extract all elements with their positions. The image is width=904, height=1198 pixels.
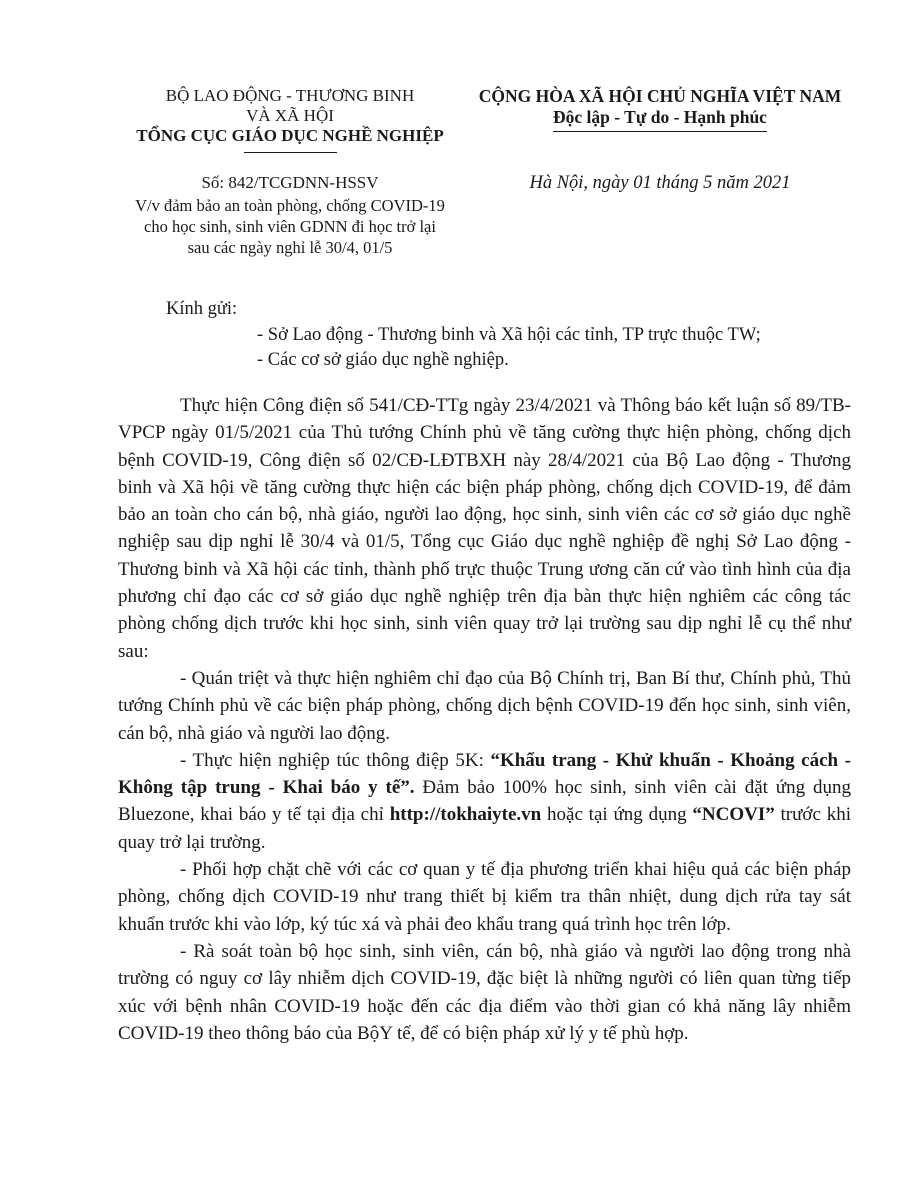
health-declaration-url[interactable]: http://tokhaiyte.vn: [390, 804, 542, 825]
item2-middle2: hoặc tại ứng dụng: [541, 804, 692, 825]
document-number: Số: 842/TCGDNN-HSSV: [100, 172, 480, 193]
ministry-name-line2: VÀ XÃ HỘI: [100, 106, 480, 126]
document-reference-block: Số: 842/TCGDNN-HSSV V/v đảm bảo an toàn …: [100, 172, 480, 258]
ncovi-app-name: “NCOVI”: [692, 804, 774, 825]
salutation: Kính gửi:: [166, 299, 237, 320]
subject-line: cho học sinh, sinh viên GDNN đi học trở …: [100, 216, 480, 237]
directive-item-3: - Phối hợp chặt chẽ với các cơ quan y tế…: [118, 856, 851, 938]
dateline: Hà Nội, ngày 01 tháng 5 năm 2021: [450, 173, 870, 194]
agency-underline: [244, 152, 337, 153]
item2-lead: - Thực hiện nghiệp túc thông điệp 5K:: [180, 750, 490, 771]
nation-title: CỘNG HÒA XÃ HỘI CHỦ NGHĨA VIỆT NAM: [450, 86, 870, 107]
subject-line: sau các ngày nghỉ lễ 30/4, 01/5: [100, 237, 480, 258]
recipient-item: - Các cơ sở giáo dục nghề nghiệp.: [257, 348, 761, 373]
issuing-agency-block: BỘ LAO ĐỘNG - THƯƠNG BINH VÀ XÃ HỘI TỔNG…: [100, 86, 480, 153]
directive-item-4: - Rà soát toàn bộ học sinh, sinh viên, c…: [118, 938, 851, 1047]
document-body: Thực hiện Công điện số 541/CĐ-TTg ngày 2…: [118, 392, 851, 1047]
national-title-block: CỘNG HÒA XÃ HỘI CHỦ NGHĨA VIỆT NAM Độc l…: [450, 86, 870, 132]
directive-item-1: - Quán triệt và thực hiện nghiêm chỉ đạo…: [118, 665, 851, 747]
directive-item-2: - Thực hiện nghiệp túc thông điệp 5K: “K…: [118, 747, 851, 856]
ministry-name-line1: BỘ LAO ĐỘNG - THƯƠNG BINH: [100, 86, 480, 106]
national-motto: Độc lập - Tự do - Hạnh phúc: [553, 107, 767, 132]
recipient-item: - Sở Lao động - Thương binh và Xã hội cá…: [257, 323, 761, 348]
agency-name: TỔNG CỤC GIÁO DỤC NGHỀ NGHIỆP: [100, 126, 480, 146]
recipient-list: - Sở Lao động - Thương binh và Xã hội cá…: [257, 323, 761, 373]
subject-line: V/v đảm bảo an toàn phòng, chống COVID-1…: [100, 195, 480, 216]
intro-paragraph: Thực hiện Công điện số 541/CĐ-TTg ngày 2…: [118, 392, 851, 665]
